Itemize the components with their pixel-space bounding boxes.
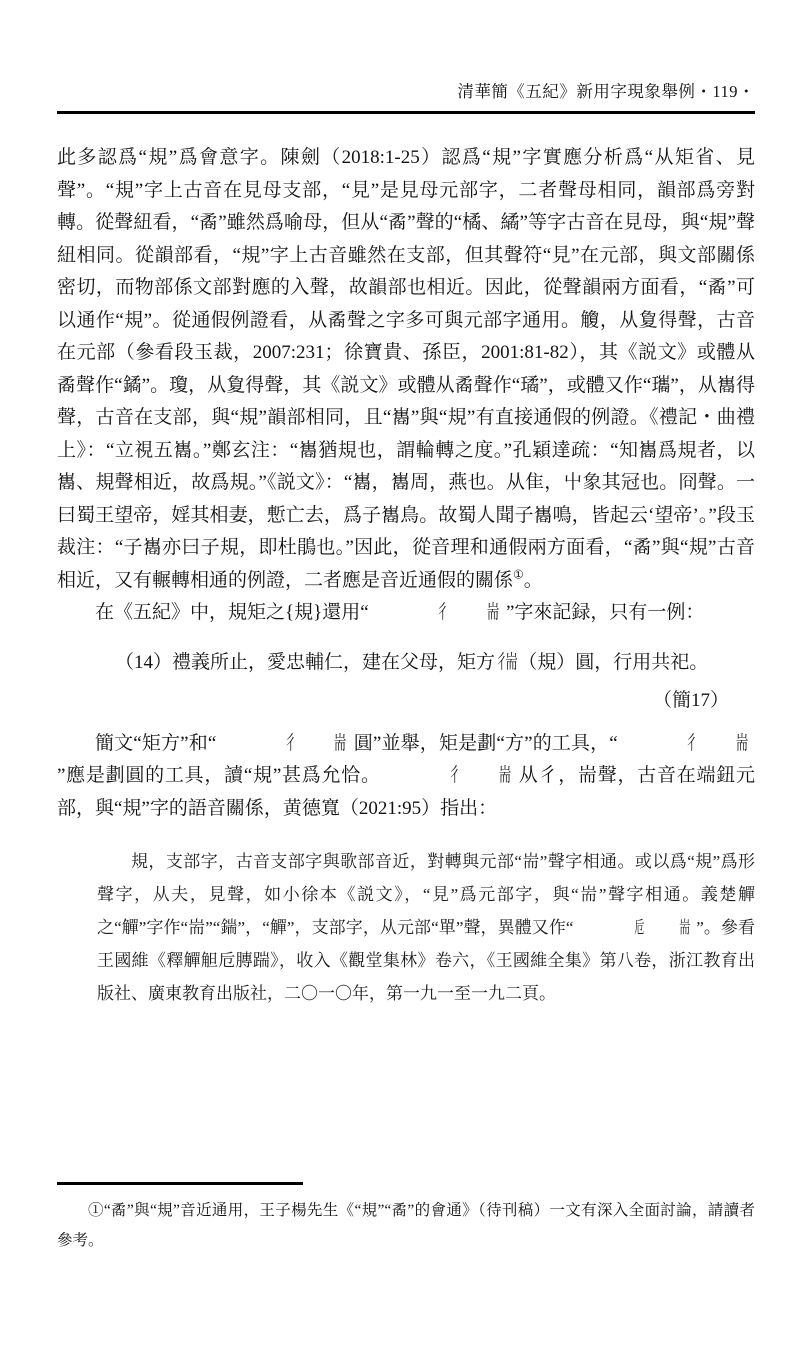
paragraph-2-text-b: ”字來記録，只有一例： <box>506 602 704 623</box>
document-page: { "header": { "article_title": "清華簡《五紀》新… <box>0 0 811 1364</box>
body-paragraph-3: 簡文“矩方”和“彳耑圓”並舉，矩是劃“方”的工具，“彳耑”應是劃圓的工具，讀“規… <box>57 728 755 826</box>
composite-char-zhi-duan: 卮耑 <box>573 911 696 944</box>
composite-left-component: 彳 <box>263 728 296 761</box>
composite-left-component: 卮 <box>615 911 645 944</box>
paragraph-3-text-a: 簡文“矩方”和“ <box>95 733 216 754</box>
example-quotation-14: （14）禮義所止，愛忠輔仁，建在父母，矩方彳耑（規）圓，行用共祀。 （簡17） <box>115 644 755 720</box>
paragraph-1-text: 此多認爲“規”爲會意字。陳劍（2018:1-25）認爲“規”字實應分析爲“从矩省… <box>57 147 755 591</box>
example-source: （簡17） <box>115 682 755 720</box>
composite-right-component: 耑 <box>505 644 518 682</box>
footnote-reference-1: ① <box>513 567 524 581</box>
page-number: ・119・ <box>695 82 755 101</box>
paragraph-3-text-c: ”應是劃圓的工具，讀“規”甚爲允恰。 <box>57 765 381 786</box>
example-line: （14）禮義所止，愛忠輔仁，建在父母，矩方彳耑（規）圓，行用共祀。 <box>115 644 755 682</box>
composite-right-component: 耑 <box>656 911 690 944</box>
paragraph-1-period: 。 <box>524 570 543 591</box>
paragraph-2-text-a: 在《五紀》中，規矩之{規}還用“ <box>95 602 369 623</box>
example-text-a: （14）禮義所止，愛忠輔仁，建在父母，矩方 <box>115 652 495 673</box>
article-body: 此多認爲“規”爲會意字。陳劍（2018:1-25）認爲“規”字實應分析爲“从矩省… <box>57 142 755 1010</box>
cited-block-quote: 規，支部字，古音支部字與歌部音近，對轉與元部“耑”聲字相通。或以爲“規”爲形聲字… <box>97 845 755 1010</box>
footnote-1-marker: ① <box>88 1202 104 1219</box>
composite-left-component: 彳 <box>427 760 460 793</box>
composite-right-component: 耑 <box>309 728 347 761</box>
composite-right-component: 耑 <box>710 728 748 761</box>
footnote-separator-rule <box>57 1182 303 1185</box>
body-paragraph-2: 在《五紀》中，規矩之{規}還用“彳耑”字來記録，只有一例： <box>57 597 755 630</box>
composite-char-chi-duan: 彳耑 <box>369 597 506 630</box>
page-header: 清華簡《五紀》新用字現象舉例・119・ <box>57 78 755 114</box>
composite-right-component: 耑 <box>461 597 499 630</box>
footnote-section: ①“矞”與“規”音近通用，王子楊先生《“規”“矞”的會通》（待刊稿）一文有深入全… <box>57 1182 755 1256</box>
body-paragraph-1: 此多認爲“規”爲會意字。陳劍（2018:1-25）認爲“規”字實應分析爲“从矩省… <box>57 142 755 597</box>
composite-char-chi-duan: 彳耑 <box>381 760 518 793</box>
paragraph-3-text-b: 圓”並舉，矩是劃“方”的工具，“ <box>354 733 618 754</box>
composite-left-component: 彳 <box>415 597 448 630</box>
footnote-1-text: “矞”與“規”音近通用，王子楊先生《“規”“矞”的會通》（待刊稿）一文有深入全面… <box>57 1202 755 1249</box>
running-title: 清華簡《五紀》新用字現象舉例 <box>457 82 695 101</box>
composite-char-chi-duan: 彳耑 <box>618 728 755 761</box>
composite-char-chi-duan: 彳耑 <box>216 728 353 761</box>
footnote-1: ①“矞”與“規”音近通用，王子楊先生《“規”“矞”的會通》（待刊稿）一文有深入全… <box>57 1196 755 1256</box>
composite-char-chi-duan: 彳耑 <box>495 644 518 682</box>
example-text-b: （規）圓，行用共祀。 <box>518 652 708 673</box>
composite-right-component: 耑 <box>473 760 511 793</box>
composite-left-component: 彳 <box>664 728 697 761</box>
